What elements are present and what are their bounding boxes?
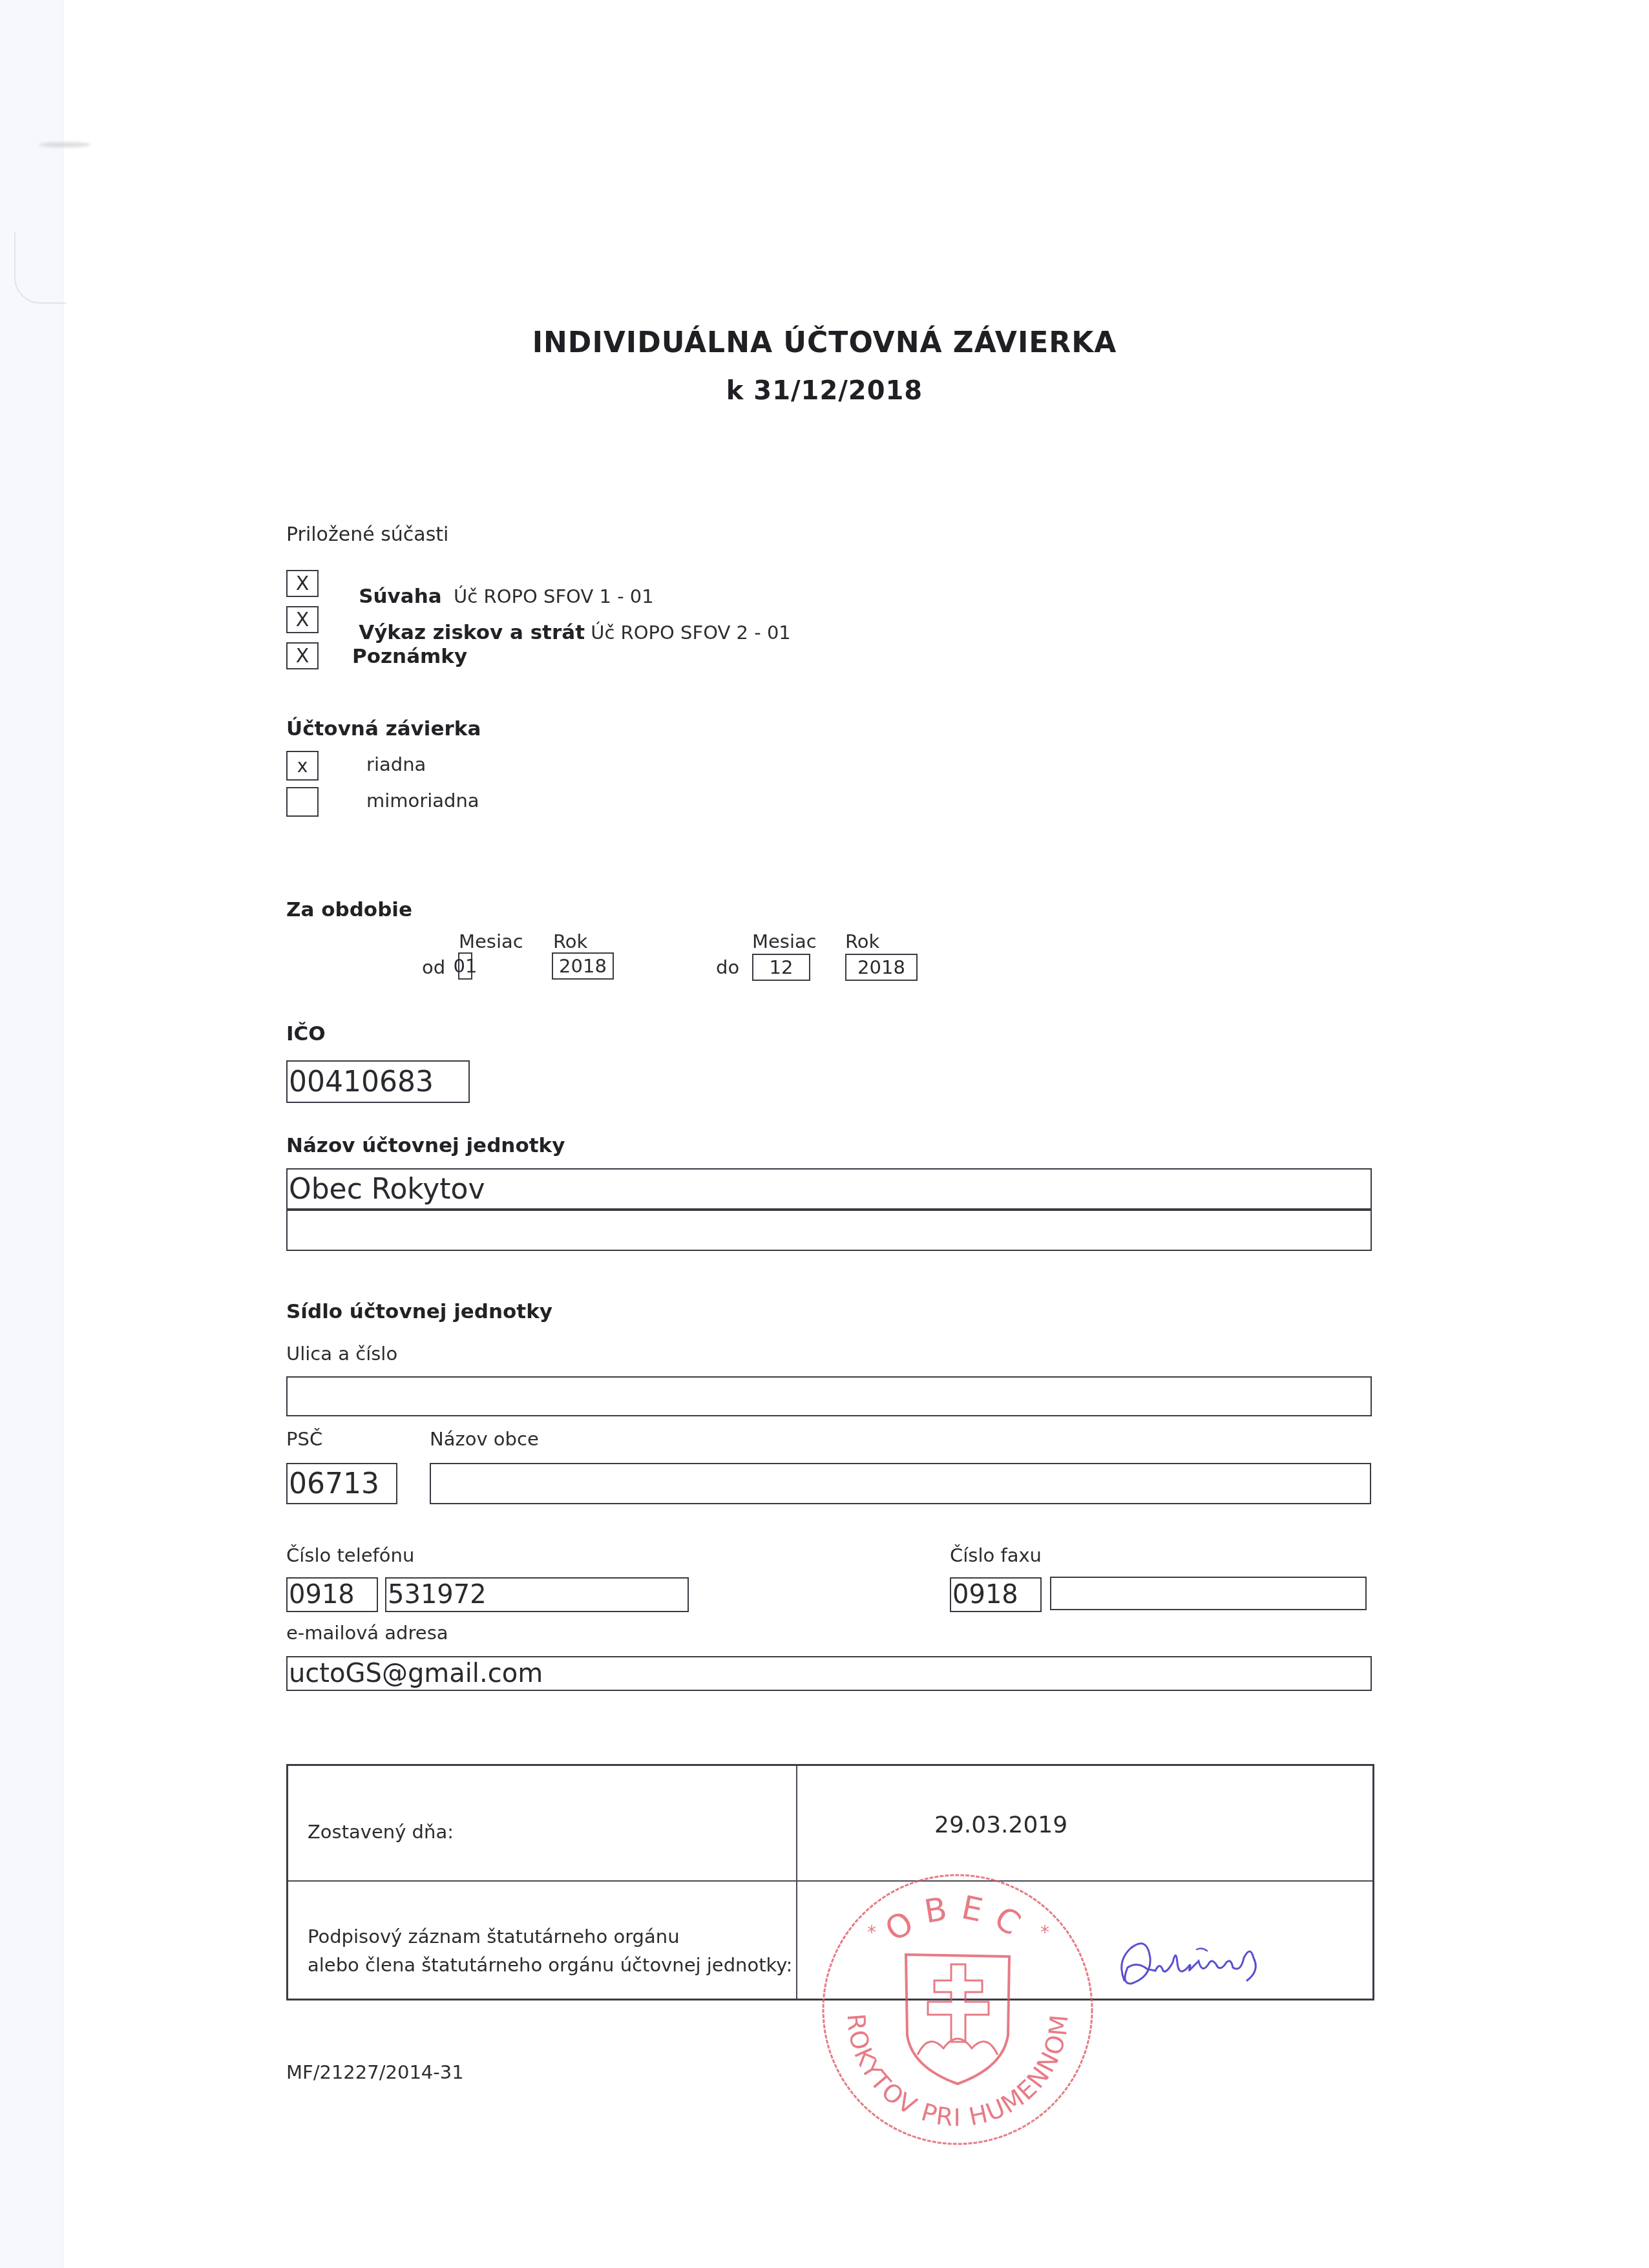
svg-text:*: * xyxy=(867,1922,876,1943)
from-year-field[interactable]: 2018 xyxy=(552,952,614,980)
official-stamp-icon: OBEC * * ROKYTOV PRI HUMENNOM xyxy=(815,1867,1100,2152)
scan-smudge xyxy=(39,142,90,147)
signature-label-line1: Podpisový záznam štatutárneho orgánu xyxy=(308,1922,680,1951)
address-heading: Sídlo účtovnej jednotky xyxy=(286,1300,552,1323)
handwritten-signature-icon xyxy=(1111,1922,1286,1993)
entity-name-field-line1[interactable]: Obec Rokytov xyxy=(286,1168,1372,1210)
attached-item-poznamky: Poznámky xyxy=(352,645,467,668)
period-heading: Za obdobie xyxy=(286,898,412,921)
checkbox-mimoriadna[interactable] xyxy=(286,787,319,817)
to-year-label: Rok xyxy=(845,930,879,952)
psc-field[interactable]: 06713 xyxy=(286,1463,397,1504)
document-date: k 31/12/2018 xyxy=(0,376,1649,406)
attached-item-title: Poznámky xyxy=(352,645,467,668)
ico-label: IČO xyxy=(286,1022,326,1045)
checkbox-vykaz[interactable]: X xyxy=(286,606,319,633)
street-field[interactable] xyxy=(286,1376,1372,1416)
compiled-date-value: 29.03.2019 xyxy=(934,1811,1067,1840)
checkbox-suvaha[interactable]: X xyxy=(286,570,319,597)
city-label: Názov obce xyxy=(430,1428,539,1450)
attached-item-suvaha: Súvaha Úč ROPO SFOV 1 - 01 xyxy=(352,572,654,608)
statement-type-heading: Účtovná závierka xyxy=(286,717,481,740)
from-label: od xyxy=(422,956,445,978)
scan-artifact xyxy=(14,233,66,304)
fax-prefix-field[interactable]: 0918 xyxy=(950,1577,1042,1612)
email-field[interactable]: uctoGS@gmail.com xyxy=(286,1656,1372,1691)
attached-item-title: Výkaz ziskov a strát xyxy=(359,621,585,644)
from-year-label: Rok xyxy=(553,930,587,952)
to-label: do xyxy=(716,956,739,978)
checkbox-riadna[interactable]: x xyxy=(286,751,319,781)
attached-item-vykaz: Výkaz ziskov a strát Úč ROPO SFOV 2 - 01 xyxy=(352,609,791,644)
compiled-date-label: Zostavený dňa: xyxy=(308,1818,454,1846)
signature-label-line2: alebo člena štatutárneho orgánu účtovnej… xyxy=(308,1951,792,1979)
form-code: MF/21227/2014-31 xyxy=(286,2061,464,2083)
svg-text:*: * xyxy=(1040,1922,1049,1943)
street-label: Ulica a číslo xyxy=(286,1343,397,1365)
to-year-field[interactable]: 2018 xyxy=(845,954,918,981)
option-mimoriadna-label: mimoriadna xyxy=(366,790,479,812)
table-divider-vertical xyxy=(796,1766,797,1999)
phone-prefix-field[interactable]: 0918 xyxy=(286,1577,378,1612)
fax-number-field[interactable] xyxy=(1050,1577,1367,1610)
option-riadna-label: riadna xyxy=(366,753,426,775)
attached-parts-heading: Priložené súčasti xyxy=(286,523,448,546)
to-month-field[interactable]: 12 xyxy=(752,954,810,981)
email-label: e-mailová adresa xyxy=(286,1622,448,1644)
stamp-bottom-text: ROKYTOV PRI HUMENNOM xyxy=(841,2012,1073,2132)
svg-text:ROKYTOV PRI HUMENNOM: ROKYTOV PRI HUMENNOM xyxy=(841,2012,1073,2132)
entity-name-field-line2[interactable] xyxy=(286,1210,1372,1251)
from-month-field[interactable]: 01 xyxy=(458,952,472,980)
svg-text:OBEC: OBEC xyxy=(879,1888,1037,1949)
attached-item-code: Úč ROPO SFOV 1 - 01 xyxy=(442,585,654,607)
checkbox-poznamky[interactable]: X xyxy=(286,642,319,669)
to-month-label: Mesiac xyxy=(752,930,817,952)
psc-label: PSČ xyxy=(286,1428,322,1450)
document-title: INDIVIDUÁLNA ÚČTOVNÁ ZÁVIERKA xyxy=(0,326,1649,359)
city-field[interactable] xyxy=(430,1463,1371,1504)
phone-number-field[interactable]: 531972 xyxy=(385,1577,689,1612)
attached-item-title: Súvaha xyxy=(359,585,442,608)
phone-label: Číslo telefónu xyxy=(286,1544,414,1566)
fax-label: Číslo faxu xyxy=(950,1544,1042,1566)
ico-field[interactable]: 00410683 xyxy=(286,1060,470,1103)
entity-name-label: Názov účtovnej jednotky xyxy=(286,1134,565,1157)
stamp-top-text: OBEC xyxy=(879,1888,1037,1949)
attached-item-code: Úč ROPO SFOV 2 - 01 xyxy=(585,622,791,644)
from-month-label: Mesiac xyxy=(459,930,523,952)
